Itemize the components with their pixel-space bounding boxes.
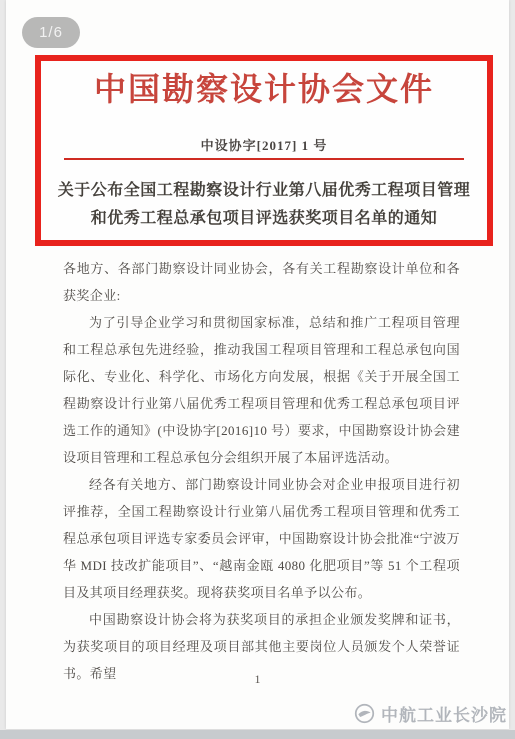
screenshot-canvas: 1/6 中国勘察设计协会文件 中设协字[2017] 1 号 关于公布全国工程勘察… <box>0 0 515 739</box>
watermark-label: 中航工业长沙院 <box>381 701 507 726</box>
scan-edge-divider <box>0 730 515 739</box>
salutation: 各地方、各部门勘察设计同业协会，各有关工程勘察设计单位和各获奖企业: <box>63 255 460 309</box>
notice-title: 关于公布全国工程勘察设计行业第八届优秀工程项目管理 和优秀工程总承包项目评选获奖… <box>41 177 487 233</box>
doc-number: 中设协字[2017] 1 号 <box>41 137 487 155</box>
red-divider <box>64 158 464 160</box>
avic-circle-logo-icon <box>354 703 375 724</box>
page-number: 1 <box>6 672 509 687</box>
page-counter-badge: 1/6 <box>22 17 80 48</box>
paragraph-2: 经各有关地方、部门勘察设计同业协会对企业申报项目进行初评推荐，全国工程勘察设计行… <box>63 471 460 606</box>
page-counter-label: 1/6 <box>39 24 63 41</box>
paragraph-1: 为了引导企业学习和贯彻国家标准，总结和推广工程项目管理和工程总承包先进经验，推动… <box>63 309 460 471</box>
watermark: 中航工业长沙院 <box>354 701 507 726</box>
document-page[interactable]: 中国勘察设计协会文件 中设协字[2017] 1 号 关于公布全国工程勘察设计行业… <box>6 0 509 729</box>
document-body: 各地方、各部门勘察设计同业协会，各有关工程勘察设计单位和各获奖企业: 为了引导企… <box>63 255 460 687</box>
notice-title-line2: 和优秀工程总承包项目评选获奖项目名单的通知 <box>41 205 487 233</box>
letterhead-frame: 中国勘察设计协会文件 中设协字[2017] 1 号 关于公布全国工程勘察设计行业… <box>35 55 493 246</box>
org-title: 中国勘察设计协会文件 <box>41 69 487 109</box>
notice-title-line1: 关于公布全国工程勘察设计行业第八届优秀工程项目管理 <box>41 177 487 205</box>
